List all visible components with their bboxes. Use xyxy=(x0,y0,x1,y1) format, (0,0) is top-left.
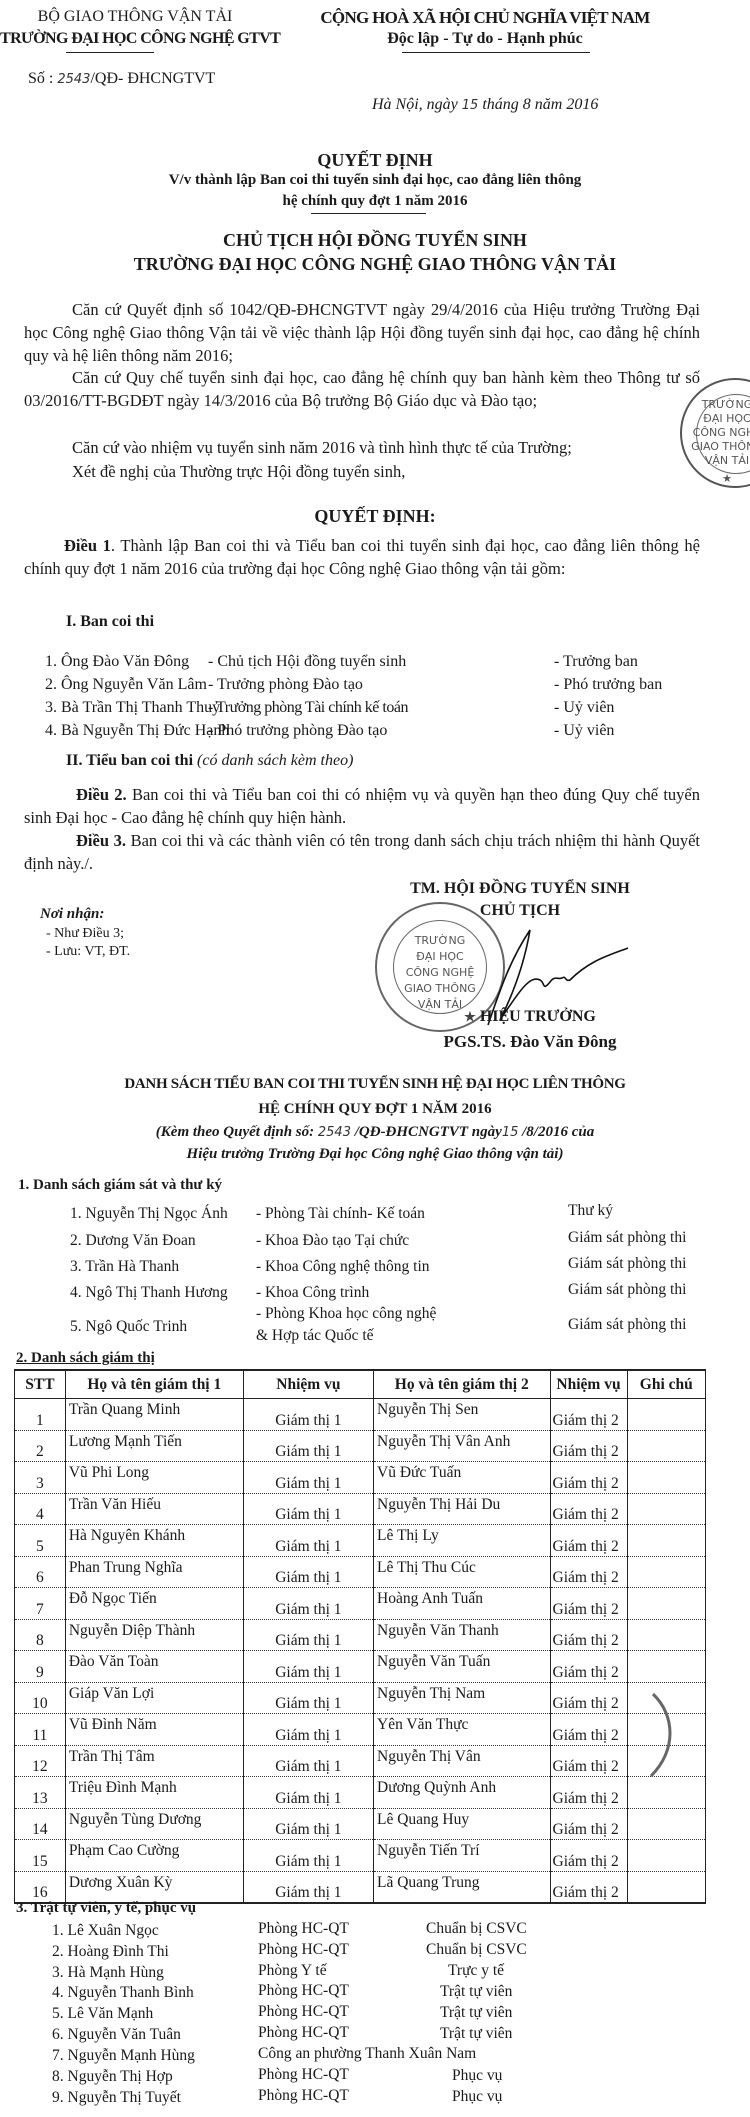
cell-name2: Nguyễn Văn Tuấn xyxy=(374,1651,550,1683)
supervisor-4-name: 4. Ngô Thị Thanh Hương xyxy=(70,1284,228,1302)
number-suffix: /QĐ- ĐHCNGTVT xyxy=(90,70,215,87)
board-member-1-position: - Chủ tịch Hội đồng tuyển sinh xyxy=(208,653,406,671)
staff-5-role: Trật tự viên xyxy=(440,2004,512,2022)
cell-role1: Giám thị 1 xyxy=(243,1462,373,1494)
staff-8-unit: Phòng HC-QT xyxy=(258,2066,349,2084)
cell-stt: 9 xyxy=(15,1651,66,1683)
cell-note xyxy=(627,1493,705,1525)
cell-name1: Đào Văn Toàn xyxy=(65,1651,243,1683)
cell-name2: Nguyễn Thị Hải Du xyxy=(374,1493,550,1525)
stamp-line-4: GIAO THÔNG xyxy=(674,440,750,453)
cell-note xyxy=(627,1651,705,1683)
recipient-2: - Lưu: VT, ĐT. xyxy=(46,944,130,960)
recipients-title: Nơi nhận: xyxy=(40,906,104,923)
header-duty-2: Nhiệm vụ xyxy=(550,1370,627,1399)
section-2-title: II. Tiểu ban coi thi (có danh sách kèm t… xyxy=(66,752,353,770)
stamp-line-1: TRƯỜNG xyxy=(674,398,750,411)
header-duty-1: Nhiệm vụ xyxy=(243,1370,373,1399)
cell-note xyxy=(627,1588,705,1620)
cell-stt: 14 xyxy=(15,1808,66,1840)
table-row: 13Triệu Đình MạnhGiám thị 1Dương Quỳnh A… xyxy=(15,1777,706,1809)
cell-name2: Lê Thị Thu Cúc xyxy=(374,1556,550,1588)
motto-underline xyxy=(402,52,590,53)
article-1-label: Điều 1 xyxy=(64,536,111,555)
supervisor-2-unit: - Khoa Đào tạo Tại chức xyxy=(256,1232,409,1250)
school-underline xyxy=(66,52,154,53)
supervisor-1-role: Thư ký xyxy=(568,1202,613,1220)
attachment-title-line2: HỆ CHÍNH QUY ĐỢT 1 NĂM 2016 xyxy=(0,1101,750,1118)
board-member-3-position: - Trưởng phòng Tài chính kế toán xyxy=(208,699,408,717)
cell-role2: Giám thị 2 xyxy=(550,1588,627,1620)
staff-5-name: 5. Lê Văn Mạnh xyxy=(52,2005,153,2023)
cell-role1: Giám thị 1 xyxy=(243,1556,373,1588)
supervisors-title: 1. Danh sách giám sát và thư ký xyxy=(18,1177,222,1194)
supervisor-5-name: 5. Ngô Quốc Trinh xyxy=(70,1318,187,1336)
cell-name1: Phan Trung Nghĩa xyxy=(65,1556,243,1588)
ref-prefix: (Kèm theo Quyết định số: xyxy=(156,1124,318,1140)
cell-name1: Trần Thị Tâm xyxy=(65,1745,243,1777)
cell-role1: Giám thị 1 xyxy=(243,1430,373,1462)
ref-suffix: /8/2016 của xyxy=(518,1124,594,1140)
staff-title: 3. Trật tự viên, y tế, phục vụ xyxy=(16,1900,196,1917)
cell-role2: Giám thị 2 xyxy=(550,1399,627,1431)
cell-role1: Giám thị 1 xyxy=(243,1840,373,1872)
supervisor-5-unit: - Phòng Khoa học công nghệ xyxy=(256,1305,436,1323)
table-row: 5Hà Nguyên KhánhGiám thị 1Lê Thị LyGiám … xyxy=(15,1525,706,1557)
table-row: 2Lương Mạnh TiếnGiám thị 1Nguyễn Thị Vân… xyxy=(15,1430,706,1462)
staff-8-role: Phục vụ xyxy=(452,2067,502,2085)
staff-3-role: Trực y tế xyxy=(448,1962,504,1980)
staff-1-role: Chuẩn bị CSVC xyxy=(426,1920,527,1938)
board-member-4-position: - Phó trưởng phòng Đào tạo xyxy=(208,722,387,740)
cell-role2: Giám thị 2 xyxy=(550,1871,627,1903)
table-row: 6Phan Trung NghĩaGiám thị 1Lê Thị Thu Cú… xyxy=(15,1556,706,1588)
stamp2-star-icon: ★ xyxy=(464,1009,476,1024)
table-row: 10Giáp Văn LợiGiám thị 1Nguyễn Thị NamGi… xyxy=(15,1682,706,1714)
supervisor-3-unit: - Khoa Công nghệ thông tin xyxy=(256,1258,430,1276)
board-member-2-name: 2. Ông Nguyễn Văn Lâm xyxy=(45,676,207,694)
cell-note xyxy=(627,1840,705,1872)
section-2-note: (có danh sách kèm theo) xyxy=(193,752,353,769)
cell-stt: 3 xyxy=(15,1462,66,1494)
article-3-text: Ban coi thi và các thành viên có tên tro… xyxy=(24,831,700,873)
cell-name2: Dương Quỳnh Anh xyxy=(374,1777,550,1809)
basis-paragraph-1: Căn cứ Quyết định số 1042/QĐ-ĐHCNGTVT ng… xyxy=(24,298,700,367)
attachment-reference-line2: Hiệu trưởng Trường Đại học Công nghệ Gia… xyxy=(0,1146,750,1163)
cell-name1: Phạm Cao Cường xyxy=(65,1840,243,1872)
decision-title: QUYẾT ĐỊNH xyxy=(0,150,750,171)
authority-line1: CHỦ TỊCH HỘI ĐỒNG TUYỂN SINH xyxy=(0,230,750,251)
cell-role1: Giám thị 1 xyxy=(243,1682,373,1714)
date-suffix: tháng 8 năm 2016 xyxy=(478,96,598,113)
decide-title: QUYẾT ĐỊNH: xyxy=(0,506,750,527)
cell-role1: Giám thị 1 xyxy=(243,1619,373,1651)
decision-subject-line2: hệ chính quy đợt 1 năm 2016 xyxy=(0,193,750,210)
cell-stt: 11 xyxy=(15,1714,66,1746)
cell-note xyxy=(627,1619,705,1651)
cell-role2: Giám thị 2 xyxy=(550,1462,627,1494)
article-3: Điều 3. Ban coi thi và các thành viên có… xyxy=(24,829,700,875)
stamp-line-5: VẬN TẢI xyxy=(674,454,750,467)
staff-6-unit: Phòng HC-QT xyxy=(258,2024,349,2042)
header-note: Ghi chú xyxy=(627,1370,705,1399)
cell-role1: Giám thị 1 xyxy=(243,1871,373,1903)
board-member-3-name: 3. Bà Trần Thị Thanh Thuỷ xyxy=(45,699,220,717)
article-2-label: Điều 2. xyxy=(76,785,127,804)
cell-name1: Nguyễn Tùng Dương xyxy=(65,1808,243,1840)
cell-role2: Giám thị 2 xyxy=(550,1714,627,1746)
cell-role1: Giám thị 1 xyxy=(243,1745,373,1777)
cell-role2: Giám thị 2 xyxy=(550,1619,627,1651)
number-handwritten: 2543 xyxy=(57,72,90,87)
cell-note xyxy=(627,1430,705,1462)
cell-stt: 8 xyxy=(15,1619,66,1651)
cell-role1: Giám thị 1 xyxy=(243,1493,373,1525)
table-row: 15Phạm Cao CườngGiám thị 1Nguyễn Tiến Tr… xyxy=(15,1840,706,1872)
header-invigilator-2: Họ và tên giám thị 2 xyxy=(374,1370,550,1399)
cell-name1: Vũ Đình Năm xyxy=(65,1714,243,1746)
authority-line2: TRƯỜNG ĐẠI HỌC CÔNG NGHỆ GIAO THÔNG VẬN … xyxy=(0,254,750,275)
cell-name2: Yên Văn Thực xyxy=(374,1714,550,1746)
number-prefix: Số : xyxy=(28,70,57,87)
cell-note xyxy=(627,1525,705,1557)
sign-name: PGS.TS. Đào Văn Đông xyxy=(400,1032,660,1052)
cell-role1: Giám thị 1 xyxy=(243,1651,373,1683)
table-row: 7Đỗ Ngọc TiếnGiám thị 1Hoàng Anh TuấnGiá… xyxy=(15,1588,706,1620)
article-1: Điều 1. Thành lập Ban coi thi và Tiểu ba… xyxy=(24,534,700,580)
stamp-fragment-icon xyxy=(645,1690,685,1780)
cell-role2: Giám thị 2 xyxy=(550,1745,627,1777)
cell-name1: Hà Nguyên Khánh xyxy=(65,1525,243,1557)
cell-role2: Giám thị 2 xyxy=(550,1525,627,1557)
ref-number-handwritten: 2543 xyxy=(318,1125,351,1140)
board-member-4-name: 4. Bà Nguyễn Thị Đức Hạnh xyxy=(45,722,229,740)
cell-name1: Trần Văn Hiếu xyxy=(65,1493,243,1525)
stamp-line-3: CÔNG NGHỆ xyxy=(674,426,750,439)
cell-stt: 1 xyxy=(15,1399,66,1431)
staff-2-unit: Phòng HC-QT xyxy=(258,1941,349,1959)
table-row: 3Vũ Phi LongGiám thị 1Vũ Đức TuấnGiám th… xyxy=(15,1462,706,1494)
board-member-1-name: 1. Ông Đào Văn Đông xyxy=(45,653,189,671)
subject-underline xyxy=(311,213,426,214)
supervisor-1-name: 1. Nguyễn Thị Ngọc Ánh xyxy=(70,1205,228,1223)
cell-note xyxy=(627,1462,705,1494)
document-number: Số : 2543/QĐ- ĐHCNGTVT xyxy=(28,70,215,88)
cell-name1: Dương Xuân Kỳ xyxy=(65,1871,243,1903)
cell-note xyxy=(627,1399,705,1431)
article-1-text: . Thành lập Ban coi thi và Tiểu ban coi … xyxy=(24,536,700,578)
date-day-handwritten: 15 xyxy=(462,98,479,113)
article-3-label: Điều 3. xyxy=(76,831,126,850)
cell-name2: Nguyễn Thị Vân Anh xyxy=(374,1430,550,1462)
cell-stt: 5 xyxy=(15,1525,66,1557)
sign-position: ★ HIỆU TRƯỞNG xyxy=(400,1008,660,1026)
cell-role1: Giám thị 1 xyxy=(243,1399,373,1431)
cell-name1: Đỗ Ngọc Tiến xyxy=(65,1588,243,1620)
sign-organization: TM. HỘI ĐỒNG TUYỂN SINH xyxy=(390,880,650,898)
staff-2-role: Chuẩn bị CSVC xyxy=(426,1941,527,1959)
cell-name2: Vũ Đức Tuấn xyxy=(374,1462,550,1494)
cell-name2: Nguyễn Thị Sen xyxy=(374,1399,550,1431)
ref-day-handwritten: 15 xyxy=(502,1125,519,1140)
staff-7-name: 7. Nguyễn Mạnh Hùng xyxy=(52,2047,195,2065)
school-name: TRƯỜNG ĐẠI HỌC CÔNG NGHỆ GTVT xyxy=(0,30,270,48)
staff-9-unit: Phòng HC-QT xyxy=(258,2087,349,2105)
article-2: Điều 2. Ban coi thi và Tiểu ban coi thi … xyxy=(24,783,700,829)
staff-9-role: Phục vụ xyxy=(452,2088,502,2106)
nation-motto: Độc lập - Tự do - Hạnh phúc xyxy=(290,30,680,48)
header-invigilator-1: Họ và tên giám thị 1 xyxy=(65,1370,243,1399)
board-member-2-role: - Phó trưởng ban xyxy=(554,676,662,694)
table-row: 4Trần Văn HiếuGiám thị 1Nguyễn Thị Hải D… xyxy=(15,1493,706,1525)
cell-role2: Giám thị 2 xyxy=(550,1840,627,1872)
table-row: 16Dương Xuân KỳGiám thị 1Lã Quang TrungG… xyxy=(15,1871,706,1903)
table-row: 14Nguyễn Tùng DươngGiám thị 1Lê Quang Hu… xyxy=(15,1808,706,1840)
table-row: 11Vũ Đình NămGiám thị 1Yên Văn ThựcGiám … xyxy=(15,1714,706,1746)
staff-5-unit: Phòng HC-QT xyxy=(258,2003,349,2021)
cell-name2: Lã Quang Trung xyxy=(374,1871,550,1903)
cell-role2: Giám thị 2 xyxy=(550,1493,627,1525)
supervisor-1-unit: - Phòng Tài chính- Kế toán xyxy=(256,1205,425,1223)
staff-9-name: 9. Nguyễn Thị Tuyết xyxy=(52,2089,181,2107)
cell-role2: Giám thị 2 xyxy=(550,1682,627,1714)
cell-name1: Nguyễn Diệp Thành xyxy=(65,1619,243,1651)
table-row: 9Đào Văn ToànGiám thị 1Nguyễn Văn TuấnGi… xyxy=(15,1651,706,1683)
cell-name2: Lê Quang Huy xyxy=(374,1808,550,1840)
date-prefix: Hà Nội, ngày xyxy=(372,96,462,113)
staff-4-role: Trật tự viên xyxy=(440,1983,512,2001)
table-row: 12Trần Thị TâmGiám thị 1Nguyễn Thị VânGi… xyxy=(15,1745,706,1777)
board-member-3-role: - Uỷ viên xyxy=(554,699,614,717)
cell-role2: Giám thị 2 xyxy=(550,1651,627,1683)
table-row: 1Trần Quang MinhGiám thị 1Nguyễn Thị Sen… xyxy=(15,1399,706,1431)
sign-position-label: HIỆU TRƯỞNG xyxy=(480,1008,596,1025)
board-member-2-position: - Trưởng phòng Đào tạo xyxy=(208,676,363,694)
cell-name1: Giáp Văn Lợi xyxy=(65,1682,243,1714)
staff-6-role: Trật tự viên xyxy=(440,2025,512,2043)
supervisor-3-role: Giám sát phòng thi xyxy=(568,1255,686,1273)
cell-stt: 10 xyxy=(15,1682,66,1714)
header-stt: STT xyxy=(15,1370,66,1399)
supervisor-5-role: Giám sát phòng thi xyxy=(568,1316,686,1334)
staff-4-unit: Phòng HC-QT xyxy=(258,1982,349,2000)
basis-paragraph-4: Xét đề nghị của Thường trực Hội đồng tuy… xyxy=(24,460,700,483)
cell-role1: Giám thị 1 xyxy=(243,1588,373,1620)
cell-stt: 12 xyxy=(15,1745,66,1777)
place-date: Hà Nội, ngày 15 tháng 8 năm 2016 xyxy=(372,96,598,114)
cell-stt: 2 xyxy=(15,1430,66,1462)
stamp-star-icon: ★ xyxy=(674,472,750,485)
cell-role1: Giám thị 1 xyxy=(243,1808,373,1840)
cell-role1: Giám thị 1 xyxy=(243,1714,373,1746)
section-2-label: II. Tiểu ban coi thi xyxy=(66,752,193,769)
staff-3-name: 3. Hà Mạnh Hùng xyxy=(52,1964,164,1982)
cell-name1: Lương Mạnh Tiến xyxy=(65,1430,243,1462)
cell-stt: 15 xyxy=(15,1840,66,1872)
cell-name2: Nguyễn Thị Nam xyxy=(374,1682,550,1714)
table-header-row: STT Họ và tên giám thị 1 Nhiệm vụ Họ và … xyxy=(15,1370,706,1399)
cell-stt: 13 xyxy=(15,1777,66,1809)
decision-subject-line1: V/v thành lập Ban coi thi tuyển sinh đại… xyxy=(0,172,750,189)
cell-role2: Giám thị 2 xyxy=(550,1808,627,1840)
cell-note xyxy=(627,1808,705,1840)
board-member-4-role: - Uỷ viên xyxy=(554,722,614,740)
cell-stt: 6 xyxy=(15,1556,66,1588)
staff-7-unit: Công an phường Thanh Xuân Nam xyxy=(258,2045,476,2063)
staff-1-name: 1. Lê Xuân Ngọc xyxy=(52,1922,159,1940)
nation-title: CỘNG HOÀ XÃ HỘI CHỦ NGHĨA VIỆT NAM xyxy=(290,8,680,28)
cell-role1: Giám thị 1 xyxy=(243,1777,373,1809)
stamp-line-2: ĐẠI HỌC xyxy=(674,412,750,425)
cell-name1: Trần Quang Minh xyxy=(65,1399,243,1431)
supervisor-4-unit: - Khoa Công trình xyxy=(256,1284,369,1302)
cell-role2: Giám thị 2 xyxy=(550,1777,627,1809)
cell-name1: Triệu Đình Mạnh xyxy=(65,1777,243,1809)
cell-note xyxy=(627,1871,705,1903)
table-row: 8Nguyễn Diệp ThànhGiám thị 1Nguyễn Văn T… xyxy=(15,1619,706,1651)
attachment-title-line1: DANH SÁCH TIỂU BAN COI THI TUYỂN SINH HỆ… xyxy=(0,1076,750,1093)
invigilators-table: STT Họ và tên giám thị 1 Nhiệm vụ Họ và … xyxy=(14,1369,706,1904)
cell-role1: Giám thị 1 xyxy=(243,1525,373,1557)
supervisor-3-name: 3. Trần Hà Thanh xyxy=(70,1258,179,1276)
supervisor-2-name: 2. Dương Văn Đoan xyxy=(70,1232,196,1250)
cell-note xyxy=(627,1777,705,1809)
cell-name2: Nguyễn Tiến Trí xyxy=(374,1840,550,1872)
section-1-title: I. Ban coi thi xyxy=(66,613,154,631)
cell-name2: Nguyễn Thị Vân xyxy=(374,1745,550,1777)
cell-role2: Giám thị 2 xyxy=(550,1430,627,1462)
supervisor-2-role: Giám sát phòng thi xyxy=(568,1229,686,1247)
basis-paragraph-2: Căn cứ Quy chế tuyển sinh đại học, cao đ… xyxy=(24,366,700,412)
ref-mid: /QĐ-ĐHCNGTVT ngày xyxy=(351,1124,502,1140)
ministry-name: BỘ GIAO THÔNG VẬN TẢI xyxy=(0,8,270,26)
attachment-reference-line1: (Kèm theo Quyết định số: 2543 /QĐ-ĐHCNGT… xyxy=(0,1124,750,1141)
invigilators-title: 2. Danh sách giám thị xyxy=(16,1350,155,1367)
supervisor-5-unit-line2: & Hợp tác Quốc tế xyxy=(256,1327,374,1345)
cell-role2: Giám thị 2 xyxy=(550,1556,627,1588)
staff-1-unit: Phòng HC-QT xyxy=(258,1920,349,1938)
board-member-1-role: - Trưởng ban xyxy=(554,653,638,671)
recipient-1: - Như Điều 3; xyxy=(46,926,124,942)
cell-name2: Nguyễn Văn Thanh xyxy=(374,1619,550,1651)
cell-note xyxy=(627,1556,705,1588)
staff-8-name: 8. Nguyễn Thị Hợp xyxy=(52,2068,173,2086)
cell-stt: 4 xyxy=(15,1493,66,1525)
staff-3-unit: Phòng Y tế xyxy=(258,1962,327,1980)
cell-stt: 16 xyxy=(15,1871,66,1903)
staff-6-name: 6. Nguyễn Văn Tuân xyxy=(52,2026,181,2044)
basis-paragraph-3: Căn cứ vào nhiệm vụ tuyển sinh năm 2016 … xyxy=(24,436,700,459)
supervisor-4-role: Giám sát phòng thi xyxy=(568,1281,686,1299)
cell-name2: Lê Thị Ly xyxy=(374,1525,550,1557)
staff-4-name: 4. Nguyễn Thanh Bình xyxy=(52,1984,194,2002)
cell-name2: Hoàng Anh Tuấn xyxy=(374,1588,550,1620)
cell-name1: Vũ Phi Long xyxy=(65,1462,243,1494)
cell-stt: 7 xyxy=(15,1588,66,1620)
staff-2-name: 2. Hoàng Đình Thi xyxy=(52,1943,169,1961)
